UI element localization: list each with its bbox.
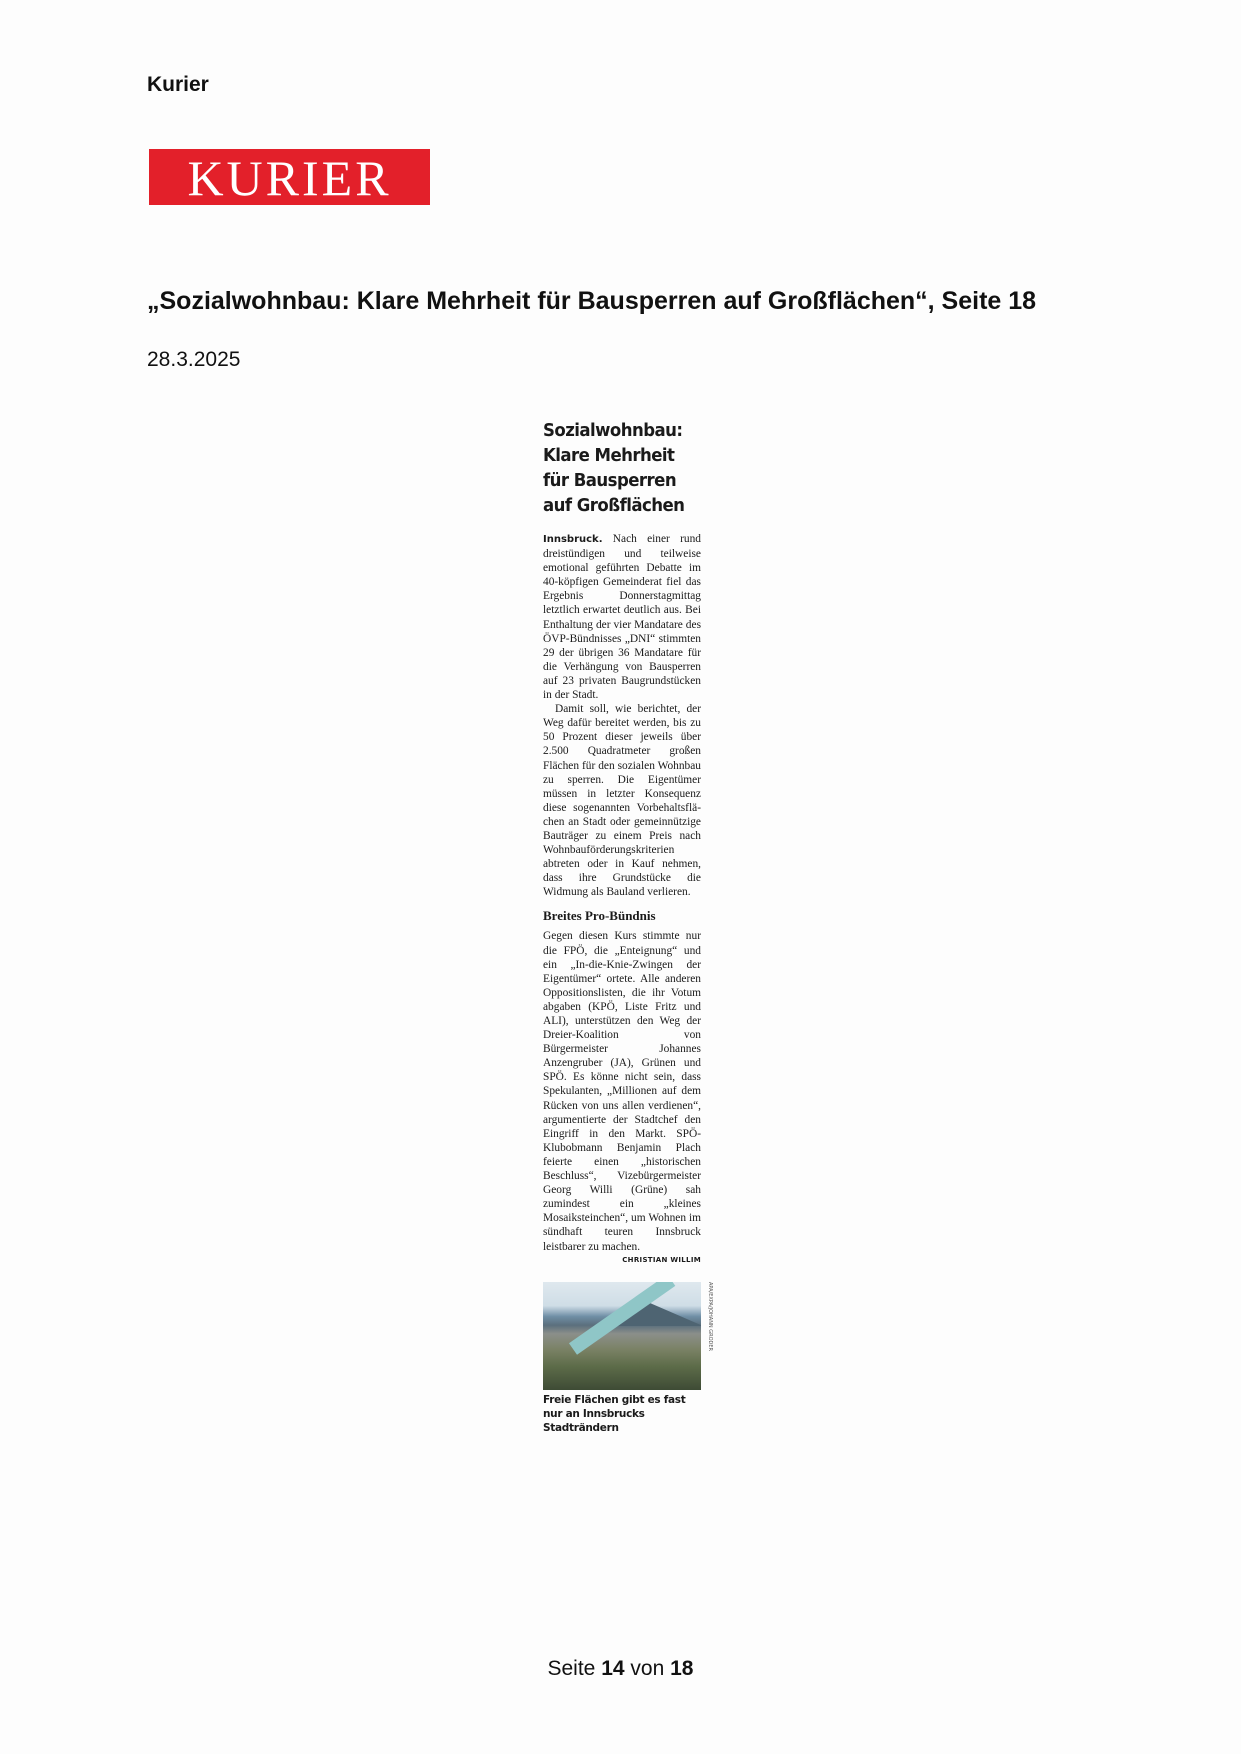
article-clipping: Sozialwohnbau: Klare Mehrheit für Bauspe… xyxy=(543,418,701,1435)
total-pages-number: 18 xyxy=(670,1657,693,1680)
current-page-number: 14 xyxy=(601,1657,624,1680)
headline-line: Sozialwohnbau: xyxy=(543,418,688,443)
article-subheading: Breites Pro-Bündnis xyxy=(543,908,701,924)
photo-credit: APA/EXPA/JOHANN GRODER xyxy=(707,1282,713,1351)
paragraph-text: Nach einer rund dreistündigen und teilwe… xyxy=(543,533,701,701)
article-body: Innsbruck. Nach einer rund dreistündigen… xyxy=(543,532,701,1264)
article-paragraph: Damit soll, wie berichtet, der Weg dafür… xyxy=(543,702,701,899)
document-date: 28.3.2025 xyxy=(147,348,240,372)
source-label: Kurier xyxy=(147,73,209,97)
page-footer: Seite 14 von 18 xyxy=(0,1657,1241,1681)
article-paragraph: Innsbruck. Nach einer rund dreistündigen… xyxy=(543,532,701,702)
photo-caption: Freie Flächen gibt es fast nur an Innsbr… xyxy=(543,1393,701,1435)
article-byline: CHRISTIAN WILLIM xyxy=(543,1256,701,1264)
article-headline: Sozialwohnbau: Klare Mehrheit für Bauspe… xyxy=(543,418,688,518)
headline-line: für Bausperren xyxy=(543,468,688,493)
document-title: „Sozialwohnbau: Klare Mehrheit für Bausp… xyxy=(147,286,1107,316)
innsbruck-aerial-photo xyxy=(543,1282,701,1390)
kurier-logo: KURIER xyxy=(149,149,430,205)
article-photo-container: APA/EXPA/JOHANN GRODER xyxy=(543,1282,701,1390)
headline-line: Klare Mehrheit xyxy=(543,443,688,468)
article-paragraph: Gegen diesen Kurs stimmte nur die FPÖ, d… xyxy=(543,929,701,1253)
headline-line: auf Großflächen xyxy=(543,493,688,518)
footer-separator: von xyxy=(630,1657,664,1680)
dateline: Innsbruck. xyxy=(543,534,603,545)
footer-prefix: Seite xyxy=(548,1657,596,1680)
